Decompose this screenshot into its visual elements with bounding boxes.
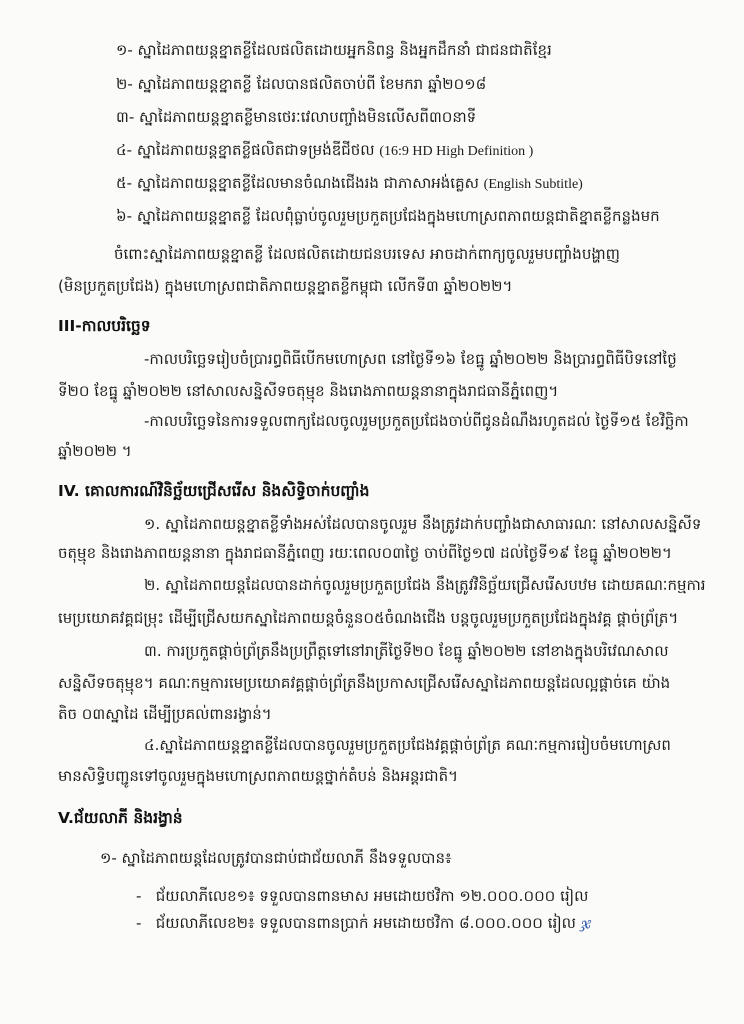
section-4-line-9: មានសិទ្ធិបញ្ជូនទៅចូលរួមក្នុងមហោស្រពភាពយន… <box>58 766 458 786</box>
prizes-intro: ១- ស្នាដៃភាពយន្តដែលត្រូវបានជាប់ជាជ័យលាភី… <box>100 848 452 868</box>
criteria-text: ស្នាដៃភាពយន្តខ្នាតខ្លី ដែលពុំធ្លាប់ចូលរួ… <box>137 207 660 225</box>
bullet: - <box>136 914 141 932</box>
section-4-line-2: ចតុម្មុខ និងរោងភាពយន្តនានា ក្នុងរាជធានីភ… <box>58 543 672 563</box>
handwritten-initials-mark: ჯ <box>581 914 591 932</box>
criteria-text: ស្នាដៃភាពយន្តខ្នាតខ្លីដែលមានចំណងជើងរង ជា… <box>137 174 479 192</box>
section-4-line-4: មេប្រយោគវគ្គជម្រុះ ដើម្បីជ្រើសយកស្នាដៃភា… <box>58 608 678 628</box>
criteria-text: ស្នាដៃភាពយន្តខ្នាតខ្លីផលិតជាទម្រង់ឌីជីថល <box>137 141 375 159</box>
criteria-number: ៣- <box>116 108 134 126</box>
section-4-line-3: ២. ស្នាដៃភាពយន្តដែលបានដាក់ចូលរួមប្រកួតប្… <box>144 575 706 595</box>
section-3-line-1: -កាលបរិច្ឆេទរៀបចំប្រារព្ធពិធីបើកមហោស្រព … <box>144 349 677 369</box>
prize-text: ជ័យលាភីលេខ២៖ ទទួលបានពានប្រាក់ អមដោយថវិកា… <box>156 914 576 932</box>
bullet: - <box>136 887 141 905</box>
prize-text: ជ័យលាភីលេខ១៖ ទទួលបានពានមាស អមដោយថវិកា ១២… <box>156 887 589 905</box>
criteria-number: ២- <box>116 75 133 93</box>
section-3-line-3: -កាលបរិច្ឆេទនៃការទទួលពាក្យដែលចូលរួមប្រកួ… <box>144 411 689 431</box>
criteria-item-3: ៣- ស្នាដៃភាពយន្តខ្នាតខ្លីមានថេរៈវេលាបញ្ច… <box>116 107 476 127</box>
criteria-text: ស្នាដៃភាពយន្តខ្នាតខ្លីដែលផលិតដោយអ្នកនិពន… <box>138 41 552 59</box>
section-3-line-4: ឆ្នាំ២០២២ ។ <box>58 441 132 461</box>
criteria-item-5: ៥- ស្នាដៃភាពយន្តខ្នាតខ្លីដែលមានចំណងជើងរង… <box>116 173 583 195</box>
criteria-subtitle-note: (English Subtitle) <box>484 177 583 192</box>
section-4-line-6: សន្និសីទចតុម្មុខ។ គណៈកម្មការមេប្រយោគវគ្គ… <box>58 673 670 693</box>
section-4-line-7: តិច ០៣ស្នាដៃ ដើម្បីប្រគល់ពានរង្វាន់។ <box>58 704 272 724</box>
criteria-text: ស្នាដៃភាពយន្តខ្នាតខ្លីមានថេរៈវេលាបញ្ចាំង… <box>139 108 476 126</box>
foreign-note-line-2: (មិនប្រកួតប្រជែង) ក្នុងមហោស្រពជាតិភាពយន្… <box>58 276 512 296</box>
criteria-number: ៤- <box>116 141 132 159</box>
criteria-item-1: ១- ស្នាដៃភាពយន្តខ្នាតខ្លីដែលផលិតដោយអ្នកន… <box>116 40 552 60</box>
criteria-item-2: ២- ស្នាដៃភាពយន្តខ្នាតខ្លី ដែលបានផលិតចាប់… <box>116 74 486 94</box>
criteria-item-6: ៦- ស្នាដៃភាពយន្តខ្នាតខ្លី ដែលពុំធ្លាប់ចូ… <box>116 206 660 226</box>
criteria-format-note: (16:9 HD High Definition ) <box>379 144 533 159</box>
foreign-note-line-1: ចំពោះស្នាដៃភាពយន្តខ្នាតខ្លី ដែលផលិតដោយជន… <box>114 244 620 264</box>
criteria-number: ៥- <box>116 174 132 192</box>
section-3-heading: III-កាលបរិច្ឆេទ <box>58 316 151 336</box>
section-5-heading: V.ជ័យលាភី និងរង្វាន់ <box>58 808 183 828</box>
section-4-line-5: ៣. ការប្រកួតផ្តាច់ព្រ័ត្រនឹងប្រព្រឹត្តទៅ… <box>144 641 669 661</box>
criteria-item-4: ៤- ស្នាដៃភាពយន្តខ្នាតខ្លីផលិតជាទម្រង់ឌីជ… <box>116 140 533 162</box>
section-4-line-1: ១. ស្នាដៃភាពយន្តខ្នាតខ្លីទាំងអស់ដែលបានចូ… <box>144 514 701 534</box>
section-3-line-2: ទី២០ ខែធ្នូ ឆ្នាំ២០២២ នៅសាលសន្និសីទចតុម្… <box>58 381 558 401</box>
section-4-line-8: ៤.ស្នាដៃភាពយន្តខ្នាតខ្លីដែលបានចូលរួមប្រក… <box>144 735 671 755</box>
prize-item-1: - ជ័យលាភីលេខ១៖ ទទួលបានពានមាស អមដោយថវិកា … <box>136 886 588 906</box>
document-page: ១- ស្នាដៃភាពយន្តខ្នាតខ្លីដែលផលិតដោយអ្នកន… <box>0 0 744 1024</box>
section-4-heading: IV. គោលការណ៍វិនិច្ឆ័យជ្រើសរើស និងសិទ្ធិច… <box>58 481 370 501</box>
criteria-number: ៦- <box>116 207 132 225</box>
prize-item-2: - ជ័យលាភីលេខ២៖ ទទួលបានពានប្រាក់ អមដោយថវិ… <box>136 913 591 933</box>
criteria-number: ១- <box>116 41 133 59</box>
criteria-text: ស្នាដៃភាពយន្តខ្នាតខ្លី ដែលបានផលិតចាប់ពី … <box>138 75 487 93</box>
